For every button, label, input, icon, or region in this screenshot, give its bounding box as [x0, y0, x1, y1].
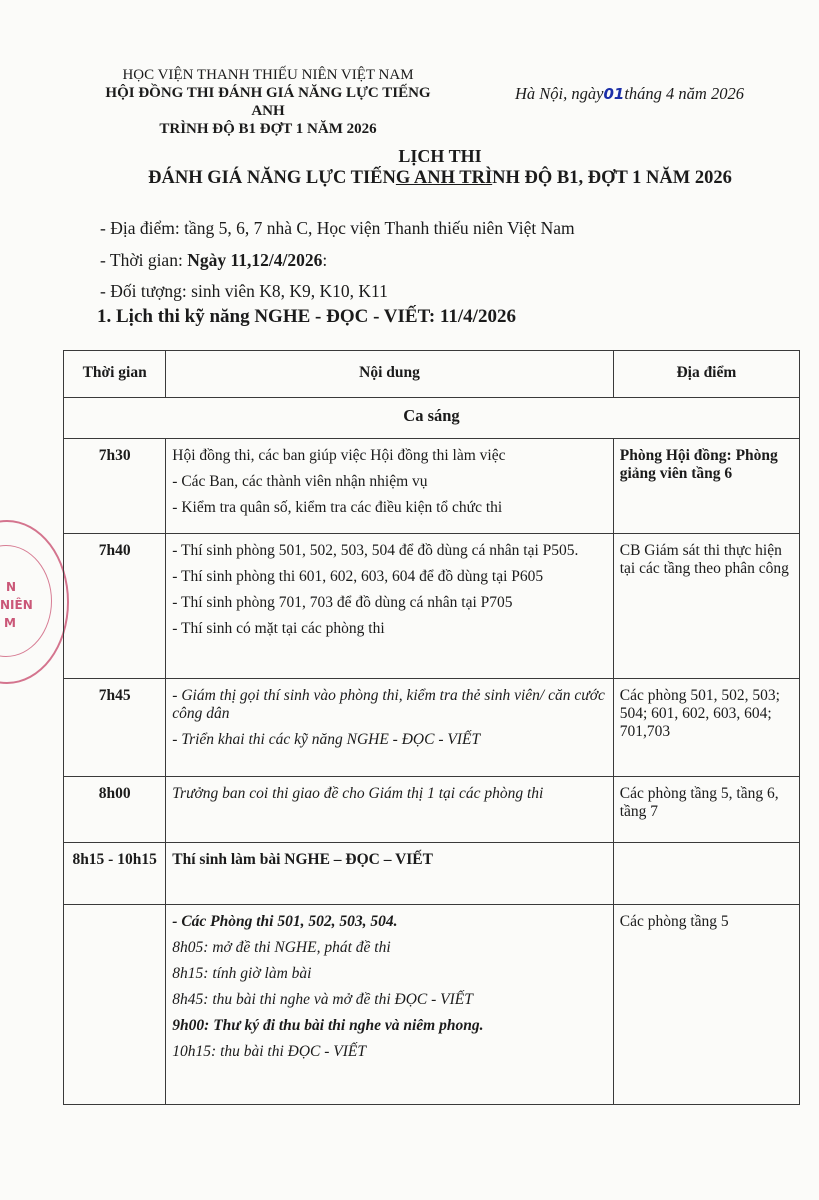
org-line-2: HỘI ĐỒNG THI ĐÁNH GIÁ NĂNG LỰC TIẾNG ANH	[88, 84, 448, 120]
header-content: Nội dung	[166, 351, 613, 398]
org-line-3: TRÌNH ĐỘ B1 ĐỢT 1 NĂM 2026	[88, 120, 448, 138]
table-row: 7h40 - Thí sinh phòng 501, 502, 503, 504…	[64, 534, 800, 679]
row-place: Phòng Hội đồng: Phòng giảng viên tầng 6	[613, 439, 799, 534]
header-time: Thời gian	[64, 351, 166, 398]
row-time	[64, 905, 166, 1105]
row-place	[613, 843, 799, 905]
content-line: Hội đồng thi, các ban giúp việc Hội đồng…	[172, 447, 606, 465]
row-place: Các phòng tầng 5	[613, 905, 799, 1105]
time-suffix: :	[322, 250, 327, 270]
handwritten-day: 01	[603, 85, 624, 103]
org-line-1: HỌC VIỆN THANH THIẾU NIÊN VIỆT NAM	[88, 66, 448, 84]
table-row: 8h15 - 10h15 Thí sinh làm bài NGHE – ĐỌC…	[64, 843, 800, 905]
place-date: Hà Nội, ngày01tháng 4 năm 2026	[515, 84, 744, 104]
subtitle-part-a: ĐÁNH GIÁ NĂNG LỰC TIẾN	[148, 168, 396, 188]
shift-label: Ca sáng	[64, 398, 800, 439]
row-time: 7h30	[64, 439, 166, 534]
row-content: - Giám thị gọi thí sinh vào phòng thi, k…	[166, 679, 613, 777]
section-heading: 1. Lịch thi kỹ năng NGHE - ĐỌC - VIẾT: 1…	[97, 306, 516, 328]
row-time: 8h15 - 10h15	[64, 843, 166, 905]
content-line: - Thí sinh phòng 701, 703 để đồ dùng cá …	[172, 594, 606, 612]
content-line: - Thí sinh có mặt tại các phòng thi	[172, 620, 606, 638]
document-title: LỊCH THI	[60, 146, 819, 167]
audience-label: - Đối tượng:	[100, 281, 191, 301]
content-line: - Các Phòng thi 501, 502, 503, 504.	[172, 913, 606, 931]
content-line: Thí sinh làm bài NGHE – ĐỌC – VIẾT	[172, 851, 606, 869]
stamp-text-3: M	[4, 616, 16, 630]
table-row: - Các Phòng thi 501, 502, 503, 504. 8h05…	[64, 905, 800, 1105]
place-date-prefix: Hà Nội, ngày	[515, 84, 603, 103]
content-line: - Thí sinh phòng 501, 502, 503, 504 để đ…	[172, 542, 606, 560]
place-date-suffix: tháng 4 năm 2026	[624, 84, 744, 103]
time-label: - Thời gian:	[100, 250, 187, 270]
content-line: - Giám thị gọi thí sinh vào phòng thi, k…	[172, 687, 606, 723]
issuing-organization: HỌC VIỆN THANH THIẾU NIÊN VIỆT NAM HỘI Đ…	[88, 66, 448, 138]
info-audience: - Đối tượng: sinh viên K8, K9, K10, K11	[100, 281, 388, 302]
content-line: - Thí sinh phòng thi 601, 602, 603, 604 …	[172, 568, 606, 586]
row-content: - Các Phòng thi 501, 502, 503, 504. 8h05…	[166, 905, 613, 1105]
info-time: - Thời gian: Ngày 11,12/4/2026:	[100, 250, 327, 271]
content-line: 8h45: thu bài thi nghe và mở đề thi ĐỌC …	[172, 991, 606, 1009]
row-place: CB Giám sát thi thực hiện tại các tầng t…	[613, 534, 799, 679]
table-row: 7h30 Hội đồng thi, các ban giúp việc Hội…	[64, 439, 800, 534]
stamp-text-1: N	[6, 580, 16, 594]
row-content: Hội đồng thi, các ban giúp việc Hội đồng…	[166, 439, 613, 534]
audience-value: sinh viên K8, K9, K10, K11	[191, 281, 388, 301]
location-label: - Địa điểm:	[100, 218, 184, 238]
table-header-row: Thời gian Nội dung Địa điểm	[64, 351, 800, 398]
row-time: 8h00	[64, 777, 166, 843]
row-content: Trưởng ban coi thi giao đề cho Giám thị …	[166, 777, 613, 843]
row-content: - Thí sinh phòng 501, 502, 503, 504 để đ…	[166, 534, 613, 679]
row-content: Thí sinh làm bài NGHE – ĐỌC – VIẾT	[166, 843, 613, 905]
table-row: 8h00 Trưởng ban coi thi giao đề cho Giám…	[64, 777, 800, 843]
content-line: 10h15: thu bài thi ĐỌC - VIẾT	[172, 1043, 606, 1061]
exam-schedule-table: Thời gian Nội dung Địa điểm Ca sáng 7h30…	[63, 350, 800, 1105]
stamp-text-2: NIÊN	[0, 598, 33, 612]
location-value: tầng 5, 6, 7 nhà C, Học viện Thanh thiếu…	[184, 218, 575, 238]
row-time: 7h45	[64, 679, 166, 777]
content-line: - Các Ban, các thành viên nhận nhiệm vụ	[172, 473, 606, 491]
row-time: 7h40	[64, 534, 166, 679]
subtitle-part-c: NH ĐỘ B1, ĐỢT 1 NĂM 2026	[492, 168, 732, 188]
time-value: Ngày 11,12/4/2026	[187, 250, 322, 270]
document-subtitle: ĐÁNH GIÁ NĂNG LỰC TIẾNG ANH TRÌNH ĐỘ B1,…	[60, 168, 819, 189]
content-line: - Kiểm tra quân số, kiểm tra các điều ki…	[172, 499, 606, 517]
row-place: Các phòng 501, 502, 503; 504; 601, 602, …	[613, 679, 799, 777]
content-line: Trưởng ban coi thi giao đề cho Giám thị …	[172, 785, 606, 803]
content-line: - Triển khai thi các kỹ năng NGHE - ĐỌC …	[172, 731, 606, 749]
header-place: Địa điểm	[613, 351, 799, 398]
content-line: 9h00: Thư ký đi thu bài thi nghe và niêm…	[172, 1017, 606, 1035]
subtitle-underlined: G ANH TRÌ	[396, 168, 492, 188]
content-line: 8h05: mở đề thi NGHE, phát đề thi	[172, 939, 606, 957]
info-location: - Địa điểm: tầng 5, 6, 7 nhà C, Học viện…	[100, 218, 575, 239]
table-row: 7h45 - Giám thị gọi thí sinh vào phòng t…	[64, 679, 800, 777]
content-line: 8h15: tính giờ làm bài	[172, 965, 606, 983]
row-place: Các phòng tầng 5, tầng 6, tầng 7	[613, 777, 799, 843]
shift-row: Ca sáng	[64, 398, 800, 439]
